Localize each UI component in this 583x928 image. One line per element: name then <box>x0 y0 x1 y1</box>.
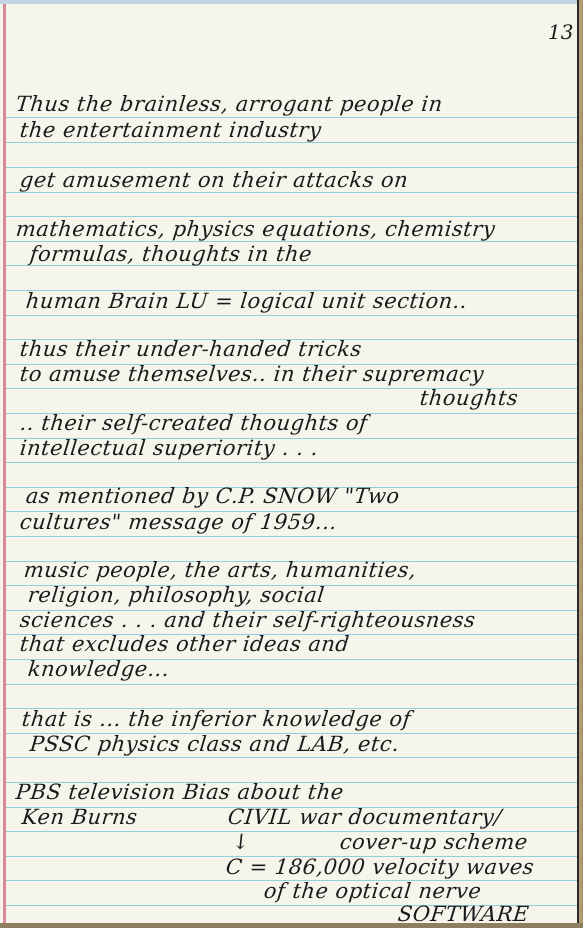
handwritten-line: Ken Burns <box>21 805 139 829</box>
handwritten-line: get amusement on their attacks on <box>19 168 410 192</box>
handwritten-line: as mentioned by C.P. SNOW "Two <box>25 484 401 508</box>
handwritten-line: religion, philosophy, social <box>27 583 326 607</box>
handwritten-line: intellectual superiority . . . <box>19 436 320 460</box>
handwritten-line: PBS television Bias about the <box>15 780 345 804</box>
handwritten-line: CIVIL war documentary/ <box>227 805 503 829</box>
handwritten-line: that excludes other ideas and <box>19 632 351 656</box>
rule-line <box>6 192 578 193</box>
rule-line <box>6 462 578 463</box>
handwritten-line: the entertainment industry <box>19 118 323 142</box>
rule-line <box>6 142 578 143</box>
handwritten-line: formulas, thoughts in the <box>29 242 314 266</box>
handwritten-line: cover-up scheme <box>339 830 529 854</box>
down-arrow-icon: ↓ <box>231 830 252 854</box>
rule-line <box>6 315 578 316</box>
handwritten-line: to amuse themselves.. in their supremacy <box>19 362 485 386</box>
handwritten-line: .. their self-created thoughts of <box>19 411 369 435</box>
rule-line <box>6 757 578 758</box>
handwritten-line: Thus the brainless, arrogant people in <box>15 92 444 116</box>
handwritten-line: music people, the arts, humanities, <box>23 558 418 582</box>
handwritten-line: that is ... the inferior knowledge of <box>21 707 413 731</box>
handwritten-line: of the optical nerve <box>263 879 483 903</box>
page-edge-right <box>577 0 583 928</box>
page-edge-bottom <box>0 923 583 928</box>
handwritten-line: knowledge... <box>27 657 171 681</box>
margin-line <box>3 4 6 928</box>
handwritten-line: sciences . . . and their self-righteousn… <box>19 608 477 632</box>
handwritten-line: thus their under-handed tricks <box>19 337 363 361</box>
rule-line <box>6 536 578 537</box>
rule-line <box>6 684 578 685</box>
handwritten-line: C = 186,000 velocity waves <box>225 855 536 879</box>
notebook-page: 13 Thus the brainless, arrogant people i… <box>0 0 578 924</box>
page-number: 13 <box>548 20 573 44</box>
handwritten-line: human Brain LU = logical unit section.. <box>25 289 469 313</box>
handwritten-line: mathematics, physics equations, chemistr… <box>15 217 497 241</box>
handwritten-line: cultures" message of 1959... <box>19 510 339 534</box>
handwritten-line: thoughts <box>419 386 520 410</box>
handwritten-line: PSSC physics class and LAB, etc. <box>29 732 401 756</box>
